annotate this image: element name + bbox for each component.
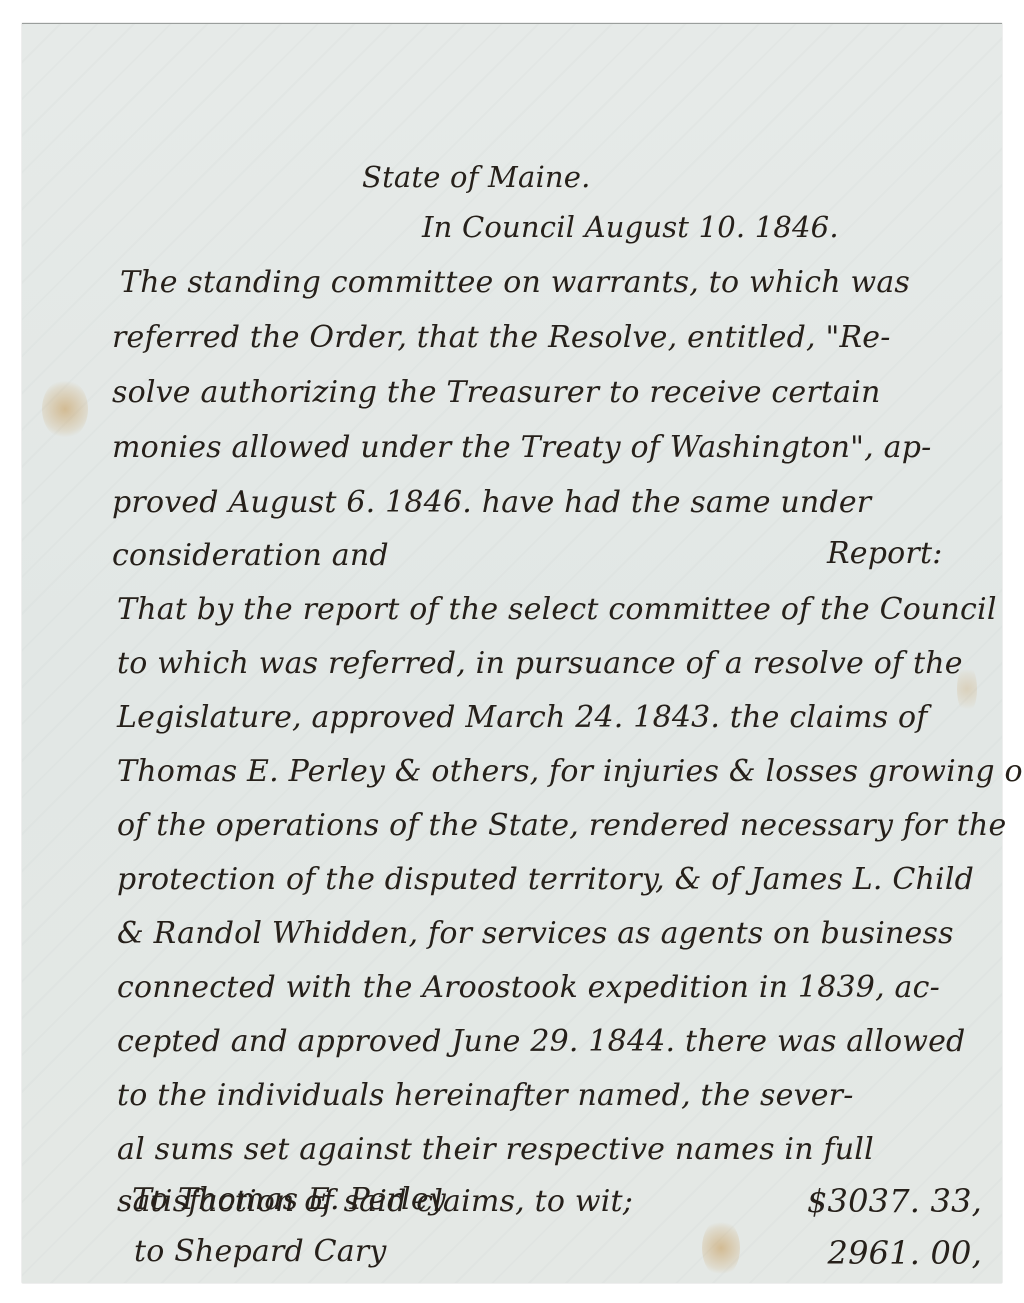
report-line: protection of the disputed territory, & … [117,862,974,897]
body-line: monies allowed under the Treaty of Washi… [112,430,931,465]
report-line: connected with the Aroostook expedition … [117,970,940,1005]
rust-stain [702,1219,740,1277]
body-line: solve authorizing the Treasurer to recei… [112,375,881,410]
report-line: cepted and approved June 29. 1844. there… [117,1024,965,1059]
report-line: of the operations of the State, rendered… [117,808,1006,843]
report-line: & Randol Whidden, for services as agents… [117,916,954,951]
allowance-name: to Shepard Cary [134,1234,387,1269]
manuscript-page: State of Maine. In Council August 10. 18… [22,23,1002,1283]
body-line: consideration and [112,538,389,573]
allowance-amount: $3037. 33, [807,1182,982,1220]
allowance-amount: 2961. 00, [828,1234,982,1272]
report-label: Report: [827,536,943,571]
body-line: referred the Order, that the Resolve, en… [112,320,891,355]
document-heading: State of Maine. [362,160,591,194]
report-line: Thomas E. Perley & others, for injuries … [117,754,1024,789]
dateline: In Council August 10. 1846. [422,210,839,244]
report-line: Legislature, approved March 24. 1843. th… [117,700,928,735]
allowance-name: To Thomas E. Perley [132,1182,446,1217]
report-line: to which was referred, in pursuance of a… [117,646,963,681]
report-line: al sums set against their respective nam… [117,1132,874,1167]
report-line: That by the report of the select committ… [117,592,997,627]
body-line: proved August 6. 1846. have had the same… [112,485,871,520]
report-line: to the individuals hereinafter named, th… [117,1078,854,1113]
body-line: The standing committee on warrants, to w… [120,265,910,300]
ink-stain [42,379,88,439]
